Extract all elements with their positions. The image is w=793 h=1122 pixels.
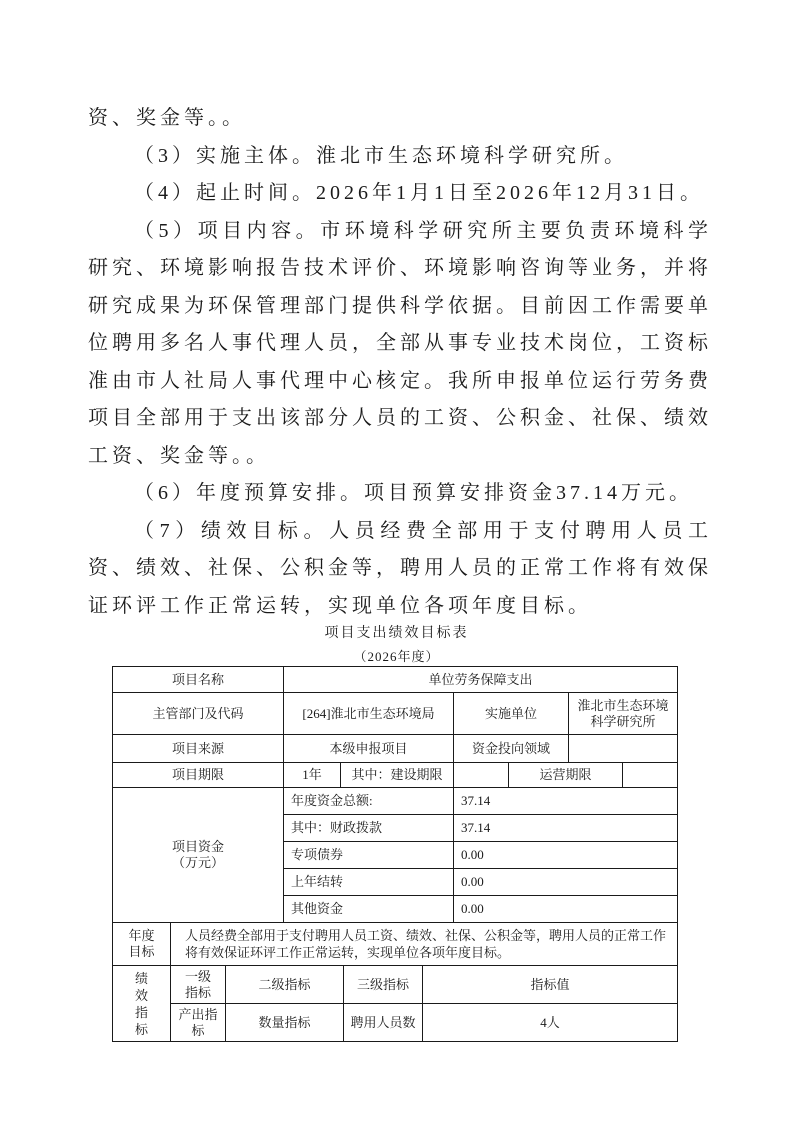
indicator-level3-header: 三级指标: [344, 966, 423, 1003]
paragraph-item-6: （6）年度预算安排。项目预算安排资金37.14万元。: [88, 475, 712, 513]
funds-fiscal-label: 其中：财政拨款: [284, 815, 454, 841]
row-annual-goal: 年度目标 人员经费全部用于支付聘用人员工资、绩效、社保、公积金等，聘用人员的正常…: [113, 923, 677, 966]
period-label: 项目期限: [113, 763, 284, 787]
body-text: 资、奖金等。。 （3）实施主体。淮北市生态环境科学研究所。 （4）起止时间。20…: [88, 100, 712, 625]
department-label: 主管部门及代码: [113, 693, 284, 734]
annual-goal-value-text: 人员经费全部用于支付聘用人员工资、绩效、社保、公积金等，聘用人员的正常工作将有效…: [178, 925, 673, 963]
funds-carryover-value: 0.00: [454, 869, 677, 895]
performance-header-row: 一级指标 二级指标 三级指标 指标值: [171, 966, 677, 1004]
indicator-value-header: 指标值: [423, 966, 677, 1003]
department-value: [264]淮北市生态环境局: [284, 693, 454, 734]
project-name-label: 项目名称: [113, 667, 284, 692]
funds-other-value: 0.00: [454, 896, 677, 922]
funds-label-text: 项目资金（万元）: [167, 839, 229, 871]
indicator-level1-value-text: 产出指标: [177, 1007, 220, 1039]
funds-row-bond: 专项债券 0.00: [284, 842, 677, 869]
impl-unit-label: 实施单位: [454, 693, 569, 734]
funds-row-total: 年度资金总额: 37.14: [284, 788, 677, 815]
funds-label: 项目资金（万元）: [113, 788, 284, 922]
row-department: 主管部门及代码 [264]淮北市生态环境局 实施单位 淮北市生态环境科学研究所: [113, 693, 677, 735]
table-year: （2026年度）: [0, 646, 793, 665]
build-period-value: [454, 763, 509, 787]
impl-unit-value: 淮北市生态环境科学研究所: [569, 693, 677, 734]
performance-detail: 一级指标 二级指标 三级指标 指标值 产出指标 数量指标 聘用人员数 4人: [171, 966, 677, 1041]
table-title: 项目支出绩效目标表: [0, 622, 793, 642]
paragraph-item-4: （4）起止时间。2026年1月1日至2026年12月31日。: [88, 175, 712, 213]
row-period: 项目期限 1年 其中：建设期限 运营期限: [113, 763, 677, 788]
indicator-value-value: 4人: [423, 1004, 677, 1041]
document-page: 资、奖金等。。 （3）实施主体。淮北市生态环境科学研究所。 （4）起止时间。20…: [0, 0, 793, 1122]
row-source: 项目来源 本级申报项目 资金投向领域: [113, 735, 677, 763]
funds-total-label: 年度资金总额:: [284, 788, 454, 814]
source-value: 本级申报项目: [284, 735, 454, 762]
indicator-level2-header: 二级指标: [226, 966, 344, 1003]
funds-row-other: 其他资金 0.00: [284, 896, 677, 922]
row-performance-group: 绩效指标 一级指标 二级指标 三级指标 指标值 产出指标 数量指标 聘用人员数: [113, 966, 677, 1041]
paragraph-item-7: （7）绩效目标。人员经费全部用于支付聘用人员工资、绩效、社保、公积金等，聘用人员…: [88, 513, 712, 626]
funds-fiscal-value: 37.14: [454, 815, 677, 841]
performance-label: 绩效指标: [113, 966, 171, 1041]
funds-row-carryover: 上年结转 0.00: [284, 869, 677, 896]
funds-row-fiscal: 其中：财政拨款 37.14: [284, 815, 677, 842]
funds-bond-value: 0.00: [454, 842, 677, 868]
period-value: 1年: [284, 763, 341, 787]
funds-carryover-label: 上年结转: [284, 869, 454, 895]
row-project-name: 项目名称 单位劳务保障支出: [113, 667, 677, 693]
annual-goal-label-text: 年度目标: [127, 928, 156, 960]
indicator-level1-value: 产出指标: [171, 1004, 226, 1041]
operate-period-label: 运营期限: [509, 763, 623, 787]
row-funds-group: 项目资金（万元） 年度资金总额: 37.14 其中：财政拨款 37.14 专项债…: [113, 788, 677, 923]
performance-table: 项目名称 单位劳务保障支出 主管部门及代码 [264]淮北市生态环境局 实施单位…: [112, 666, 678, 1042]
fund-direction-value: [569, 735, 677, 762]
performance-data-row: 产出指标 数量指标 聘用人员数 4人: [171, 1004, 677, 1041]
annual-goal-value: 人员经费全部用于支付聘用人员工资、绩效、社保、公积金等，聘用人员的正常工作将有效…: [171, 923, 677, 965]
funds-bond-label: 专项债券: [284, 842, 454, 868]
paragraph-item-5: （5）项目内容。市环境科学研究所主要负责环境科学研究、环境影响报告技术评价、环境…: [88, 213, 712, 476]
project-name-value: 单位劳务保障支出: [284, 667, 677, 692]
build-period-label: 其中：建设期限: [341, 763, 454, 787]
paragraph-item-3: （3）实施主体。淮北市生态环境科学研究所。: [88, 138, 712, 176]
indicator-level1-header: 一级指标: [171, 966, 226, 1003]
indicator-level3-value: 聘用人员数: [344, 1004, 423, 1041]
funds-total-value: 37.14: [454, 788, 677, 814]
paragraph-continuation: 资、奖金等。。: [88, 100, 712, 138]
funds-detail: 年度资金总额: 37.14 其中：财政拨款 37.14 专项债券 0.00 上年…: [284, 788, 677, 922]
source-label: 项目来源: [113, 735, 284, 762]
performance-label-text: 绩效指标: [134, 970, 149, 1038]
fund-direction-label: 资金投向领域: [454, 735, 569, 762]
operate-period-value: [623, 763, 677, 787]
indicator-level2-value: 数量指标: [226, 1004, 344, 1041]
funds-other-label: 其他资金: [284, 896, 454, 922]
annual-goal-label: 年度目标: [113, 923, 171, 965]
indicator-level1-header-text: 一级指标: [184, 969, 213, 1001]
